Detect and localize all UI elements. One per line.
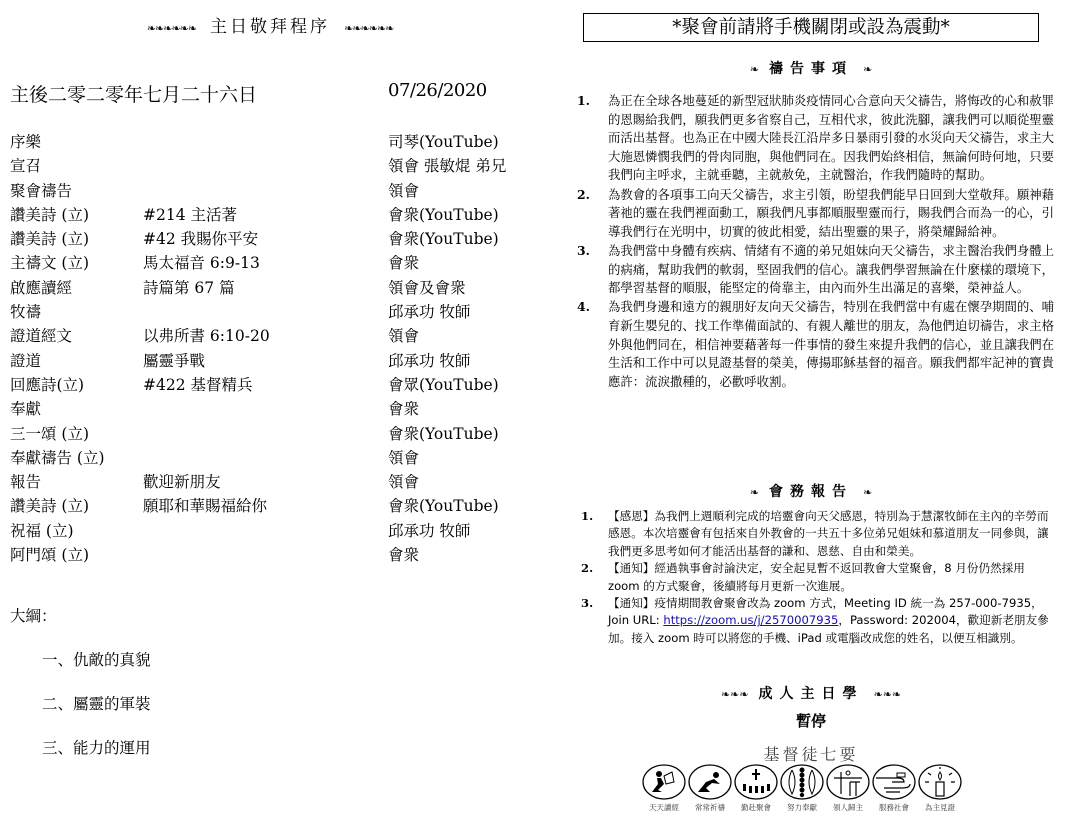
- seven-essentials-icons: 天天讀經 常常祈禱 勤赴聚會 努力奉獻 領人歸主: [641, 764, 963, 813]
- essential-item: 常常祈禱: [687, 764, 733, 813]
- prayer-item: 3.為我們當中身體有疾病、情緒有不適的弟兄姐妹向天父禱告，求主醫治我們身體上的病…: [577, 242, 1060, 298]
- kneeling-prayer-icon: [688, 764, 732, 800]
- ornament-icon: ❧: [750, 63, 759, 76]
- prayer-list: 1.為正在全球各地蔓延的新型冠狀肺炎疫情同心合意向天父禱告，將悔改的心和赦罪的恩…: [577, 92, 1060, 391]
- ornament-left: ❧❧❧❧❧❧: [147, 22, 196, 35]
- program-content: 詩篇第 67 篇: [143, 276, 235, 300]
- section-title: 禱告事項: [769, 61, 853, 77]
- program-leader: 會衆: [388, 397, 419, 421]
- sunday-school-header: ❧❧❧成人主日學❧❧❧: [583, 683, 1039, 703]
- program-row: 奉獻禱告 (立)領會: [10, 446, 530, 470]
- essential-item: 勤赴聚會: [733, 764, 779, 813]
- prayer-item: 1.為正在全球各地蔓延的新型冠狀肺炎疫情同心合意向天父禱告，將悔改的心和赦罪的恩…: [577, 92, 1060, 185]
- phone-notice-box: *聚會前請將手機關閉或設為震動*: [583, 13, 1039, 42]
- program-leader: 會衆(YouTube): [388, 227, 499, 251]
- program-item: 三一頌 (立): [10, 422, 89, 446]
- item-number: 2.: [581, 560, 593, 577]
- prayer-section-header: ❧禱告事項❧: [583, 58, 1039, 78]
- program-leader: 會衆: [388, 251, 419, 275]
- ornament-icon: ❧❧❧: [721, 688, 749, 701]
- item-number: 3.: [577, 242, 590, 261]
- program-leader: 邱承功 牧師: [388, 349, 470, 373]
- program-table: 序樂司琴(YouTube)宣召領會 張敏焜 弟兄聚會禱告領會讚美詩 (立)#21…: [10, 130, 530, 567]
- item-text: 為正在全球各地蔓延的新型冠狀肺炎疫情同心合意向天父禱告，將悔改的心和赦罪的恩賜給…: [608, 93, 1054, 182]
- program-row: 牧禱邱承功 牧師: [10, 300, 530, 324]
- program-content: #422 基督精兵: [143, 373, 253, 397]
- outline-item-2: 二、屬靈的軍裝: [42, 692, 151, 714]
- program-content: #214 主活著: [143, 203, 237, 227]
- program-row: 序樂司琴(YouTube): [10, 130, 530, 154]
- ornament-icon: ❧: [750, 486, 759, 499]
- congregation-cross-icon: [734, 764, 778, 800]
- essential-label: 努力奉獻: [787, 802, 817, 813]
- program-item: 證道: [10, 349, 41, 373]
- essential-label: 領人歸主: [833, 802, 863, 813]
- program-item: 宣召: [10, 154, 41, 178]
- section-title: 成人主日學: [759, 686, 864, 702]
- essential-item: 領人歸主: [825, 764, 871, 813]
- fish-offering-icon: [780, 764, 824, 800]
- seven-essentials-title: 基督徒七要: [583, 742, 1039, 765]
- outline-label: 大綱：: [10, 604, 57, 626]
- program-item: 主禱文 (立): [10, 251, 89, 275]
- program-row: 主禱文 (立)馬太福音 6:9-13會衆: [10, 251, 530, 275]
- essential-label: 天天讀經: [649, 802, 679, 813]
- item-number: 4.: [577, 298, 590, 317]
- program-content: 願耶和華賜福給你: [143, 494, 267, 518]
- program-item: 啟應讀經: [10, 276, 72, 300]
- item-text: 為我們身邊和遠方的親朋好友向天父禱告，特別在我們當中有處在懷孕期間的、哺育新生嬰…: [608, 299, 1054, 388]
- ornament-right: ❧❧❧❧❧❧: [344, 22, 393, 35]
- program-leader: 領會: [388, 179, 419, 203]
- program-row: 讚美詩 (立)#42 我賜你平安會衆(YouTube): [10, 227, 530, 251]
- program-row: 讚美詩 (立)願耶和華賜福給你會衆(YouTube): [10, 494, 530, 518]
- essential-item: 服務社會: [871, 764, 917, 813]
- program-row: 回應詩(立)#422 基督精兵會眾(YouTube): [10, 373, 530, 397]
- report-item: 2.【通知】經過執事會討論決定，安全起見暫不返回教會大堂聚會，8 月份仍然採用 …: [577, 560, 1060, 595]
- program-leader: 會衆: [388, 543, 419, 567]
- report-item: 3.【通知】疫情期間教會聚會改為 zoom 方式，Meeting ID 統一為 …: [577, 595, 1060, 647]
- program-row: 證道屬靈爭戰邱承功 牧師: [10, 349, 530, 373]
- item-text: 【通知】經過執事會討論決定，安全起見暫不返回教會大堂聚會，8 月份仍然採用 zo…: [608, 561, 1025, 592]
- program-row: 證道經文以弗所書 6:10-20領會: [10, 324, 530, 348]
- program-item: 讚美詩 (立): [10, 227, 89, 251]
- program-item: 阿門頌 (立): [10, 543, 89, 567]
- program-row: 讚美詩 (立)#214 主活著會衆(YouTube): [10, 203, 530, 227]
- program-leader: 司琴(YouTube): [388, 130, 499, 154]
- item-number: 1.: [581, 508, 593, 525]
- program-leader: 領會: [388, 470, 419, 494]
- page-title: 主日敬拜程序: [210, 17, 330, 37]
- program-item: 讚美詩 (立): [10, 494, 89, 518]
- prayer-item: 2.為教會的各項事工向天父禱告，求主引領，盼望我們能早日回到大堂敬拜。願神藉著祂…: [577, 186, 1060, 242]
- report-list: 1.【感恩】為我們上週順利完成的培靈會向天父感恩，特別為于慧潔牧師在主內的辛勞而…: [577, 508, 1060, 647]
- program-item: 牧禱: [10, 300, 41, 324]
- program-row: 宣召領會 張敏焜 弟兄: [10, 154, 530, 178]
- item-number: 1.: [577, 92, 590, 111]
- program-content: 馬太福音 6:9-13: [143, 251, 260, 275]
- program-row: 祝福 (立)邱承功 牧師: [10, 519, 530, 543]
- program-leader: 領會 張敏焜 弟兄: [388, 154, 506, 178]
- date-chinese: 主後二零二零年七月二十六日: [10, 80, 257, 107]
- item-text: 【感恩】為我們上週順利完成的培靈會向天父感恩，特別為于慧潔牧師在主內的辛勞而感恩…: [608, 509, 1049, 558]
- zoom-join-link[interactable]: https://zoom.us/j/2570007935: [663, 613, 838, 627]
- section-title: 會務報告: [769, 484, 853, 500]
- item-text: 為教會的各項事工向天父禱告，求主引領，盼望我們能早日回到大堂敬拜。願神藉著祂的靈…: [608, 187, 1054, 239]
- program-leader: 會衆(YouTube): [388, 203, 499, 227]
- program-item: 奉獻禱告 (立): [10, 446, 105, 470]
- program-leader: 領會及會衆: [388, 276, 466, 300]
- essential-item: 天天讀經: [641, 764, 687, 813]
- program-leader: 領會: [388, 324, 419, 348]
- outline-item-3: 三、能力的運用: [42, 736, 151, 758]
- reading-bible-icon: [642, 764, 686, 800]
- program-leader: 會眾(YouTube): [388, 373, 499, 397]
- program-item: 報告: [10, 470, 41, 494]
- program-item: 回應詩(立): [10, 373, 84, 397]
- order-of-worship-header: ❧❧❧❧❧❧主日敬拜程序❧❧❧❧❧❧: [0, 12, 540, 37]
- program-row: 三一頌 (立)會衆(YouTube): [10, 422, 530, 446]
- candle-witness-icon: [918, 764, 962, 800]
- program-content: #42 我賜你平安: [143, 227, 258, 251]
- program-row: 奉獻會衆: [10, 397, 530, 421]
- item-number: 2.: [577, 186, 590, 205]
- program-row: 啟應讀經詩篇第 67 篇領會及會衆: [10, 276, 530, 300]
- essential-item: 努力奉獻: [779, 764, 825, 813]
- program-item: 祝福 (立): [10, 519, 74, 543]
- essential-label: 為主見證: [925, 802, 955, 813]
- program-leader: 會衆(YouTube): [388, 494, 499, 518]
- date-numeric: 07/26/2020: [388, 80, 487, 101]
- program-leader: 領會: [388, 446, 419, 470]
- program-content: 歡迎新朋友: [143, 470, 221, 494]
- essential-label: 常常祈禱: [695, 802, 725, 813]
- program-item: 聚會禱告: [10, 179, 72, 203]
- program-item: 證道經文: [10, 324, 72, 348]
- ornament-icon: ❧: [863, 63, 872, 76]
- evangelism-cross-icon: [826, 764, 870, 800]
- item-number: 3.: [581, 595, 593, 612]
- report-item: 1.【感恩】為我們上週順利完成的培靈會向天父感恩，特別為于慧潔牧師在主內的辛勞而…: [577, 508, 1060, 560]
- program-item: 讚美詩 (立): [10, 203, 89, 227]
- program-row: 報告歡迎新朋友領會: [10, 470, 530, 494]
- program-row: 聚會禱告領會: [10, 179, 530, 203]
- program-leader: 邱承功 牧師: [388, 519, 470, 543]
- program-row: 阿門頌 (立)會衆: [10, 543, 530, 567]
- item-text: 為我們當中身體有疾病、情緒有不適的弟兄姐妹向天父禱告，求主醫治我們身體上的病痛，…: [608, 243, 1054, 295]
- outline-item-1: 一、仇敵的真貌: [42, 648, 151, 670]
- essential-item: 為主見證: [917, 764, 963, 813]
- serving-hands-icon: [872, 764, 916, 800]
- essential-label: 勤赴聚會: [741, 802, 771, 813]
- sunday-school-status: 暫停: [583, 710, 1039, 731]
- program-content: 以弗所書 6:10-20: [143, 324, 270, 348]
- ornament-icon: ❧❧❧: [874, 688, 902, 701]
- program-leader: 邱承功 牧師: [388, 300, 470, 324]
- report-section-header: ❧會務報告❧: [583, 481, 1039, 501]
- essential-label: 服務社會: [879, 802, 909, 813]
- program-item: 奉獻: [10, 397, 41, 421]
- prayer-item: 4.為我們身邊和遠方的親朋好友向天父禱告，特別在我們當中有處在懷孕期間的、哺育新…: [577, 298, 1060, 391]
- program-item: 序樂: [10, 130, 41, 154]
- program-leader: 會衆(YouTube): [388, 422, 499, 446]
- ornament-icon: ❧: [863, 486, 872, 499]
- program-content: 屬靈爭戰: [143, 349, 205, 373]
